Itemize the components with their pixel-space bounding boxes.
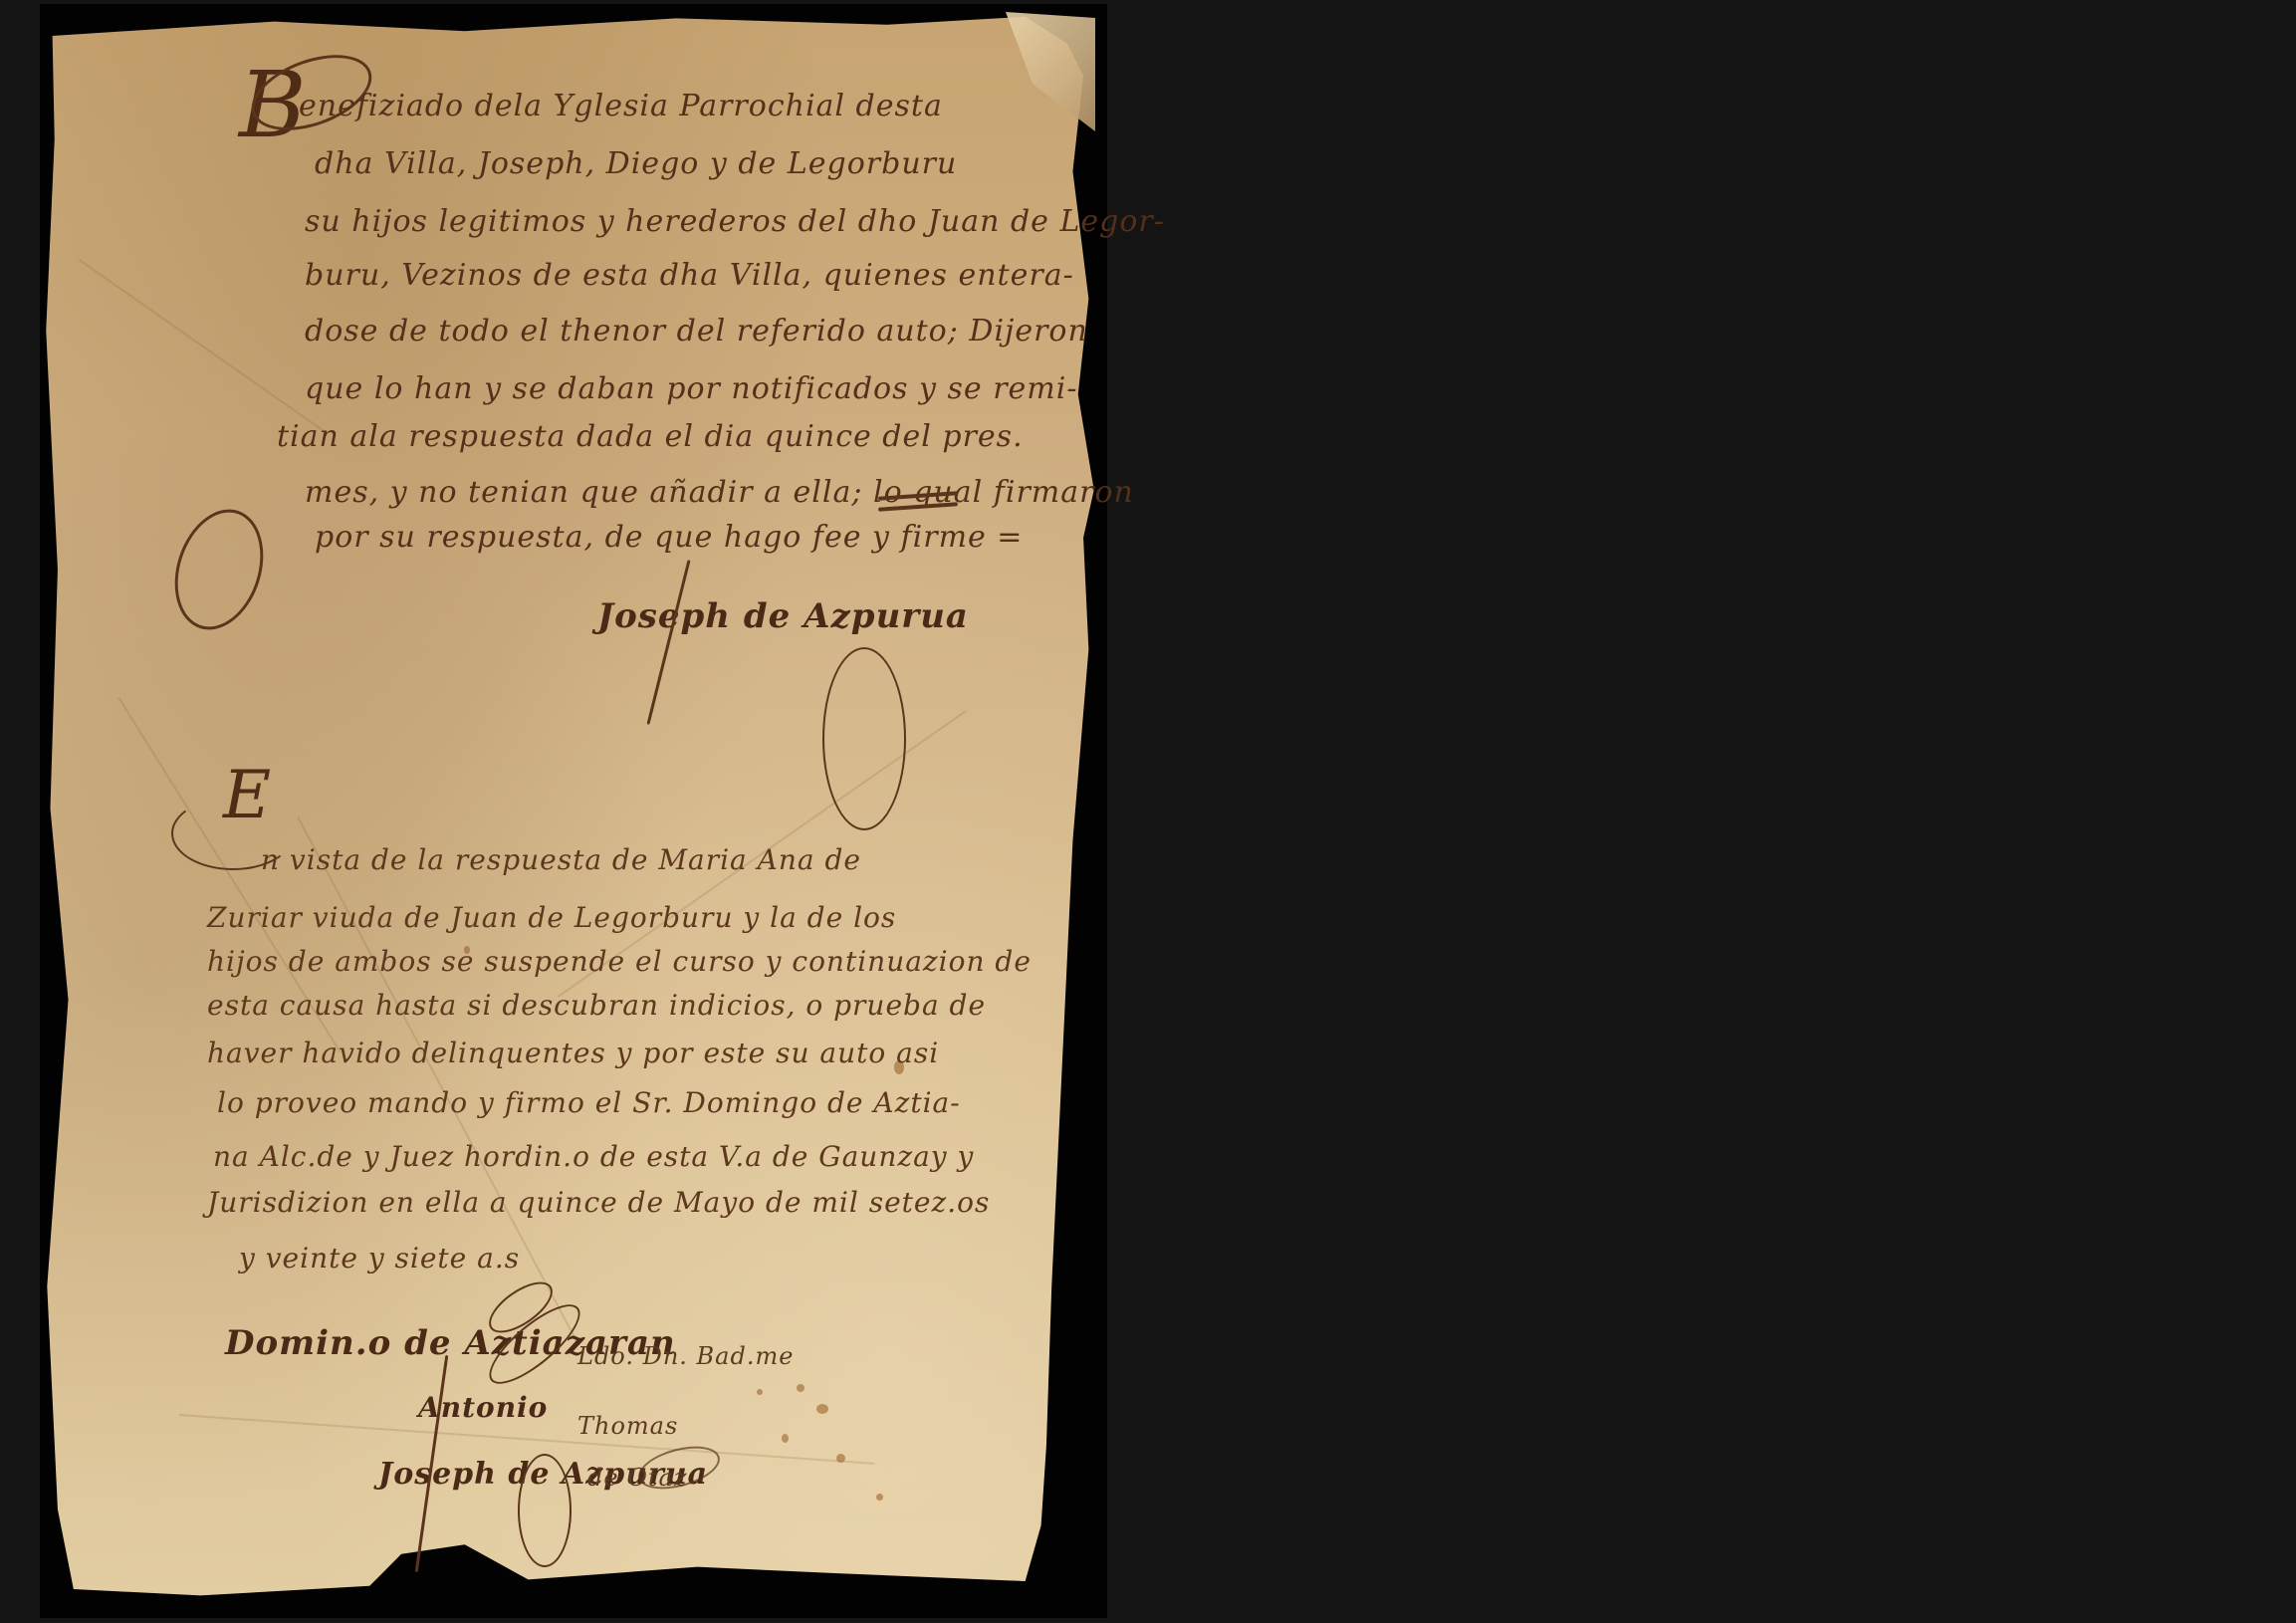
text-line: y veinte y siete a.s [239,1245,520,1273]
text-line: tian ala respuesta dada el dia quince de… [277,422,1024,452]
signature-rubric [822,647,906,830]
signature-rubric [518,1454,572,1567]
ink-stain [836,1454,845,1463]
text-line: su hijos legitimos y herederos del dho J… [305,207,1165,237]
text-line: dha Villa, Joseph, Diego y de Legorburu [315,149,957,179]
text-line: Zuriar viuda de Juan de Legorburu y la d… [207,904,896,932]
text-line: que lo han y se daban por notificados y … [305,374,1077,404]
margin-note-thomas: Thomas [577,1414,678,1438]
ink-stain [757,1389,763,1395]
text-line: enefiziado dela Yglesia Parrochial desta [299,92,943,121]
text-line: n vista de la respuesta de Maria Ana de [261,846,861,874]
text-line: lo proveo mando y firmo el Sr. Domingo d… [217,1089,961,1117]
ink-stain [782,1434,789,1443]
text-line: hijos de ambos se suspende el curso y co… [207,948,1032,976]
text-line: haver havido delinquentes y por este su … [207,1040,939,1067]
ink-stain [876,1494,883,1501]
text-line: esta causa hasta si descubran indicios, … [207,992,986,1020]
margin-note-ldo: Ldo. Dn. Bad.me [577,1344,794,1368]
text-line: mes, y no tenian que añadir a ella; lo q… [305,478,1134,508]
text-line: Jurisdizion en ella a quince de Mayo de … [207,1189,990,1217]
image-viewer: B enefiziado dela Yglesia Parrochial des… [0,0,2296,1623]
ink-stain [816,1404,828,1414]
signature-azpurua: Joseph de Azpurua [597,599,969,633]
text-line: na Alc.de y Juez hordin.o de esta V.a de… [213,1143,974,1171]
ink-stain [797,1384,804,1392]
text-line: dose de todo el thenor del referido auto… [305,317,1088,347]
text-line: buru, Vezinos de esta dha Villa, quienes… [305,261,1074,291]
text-line: por su respuesta, de que hago fee y firm… [315,523,1023,553]
